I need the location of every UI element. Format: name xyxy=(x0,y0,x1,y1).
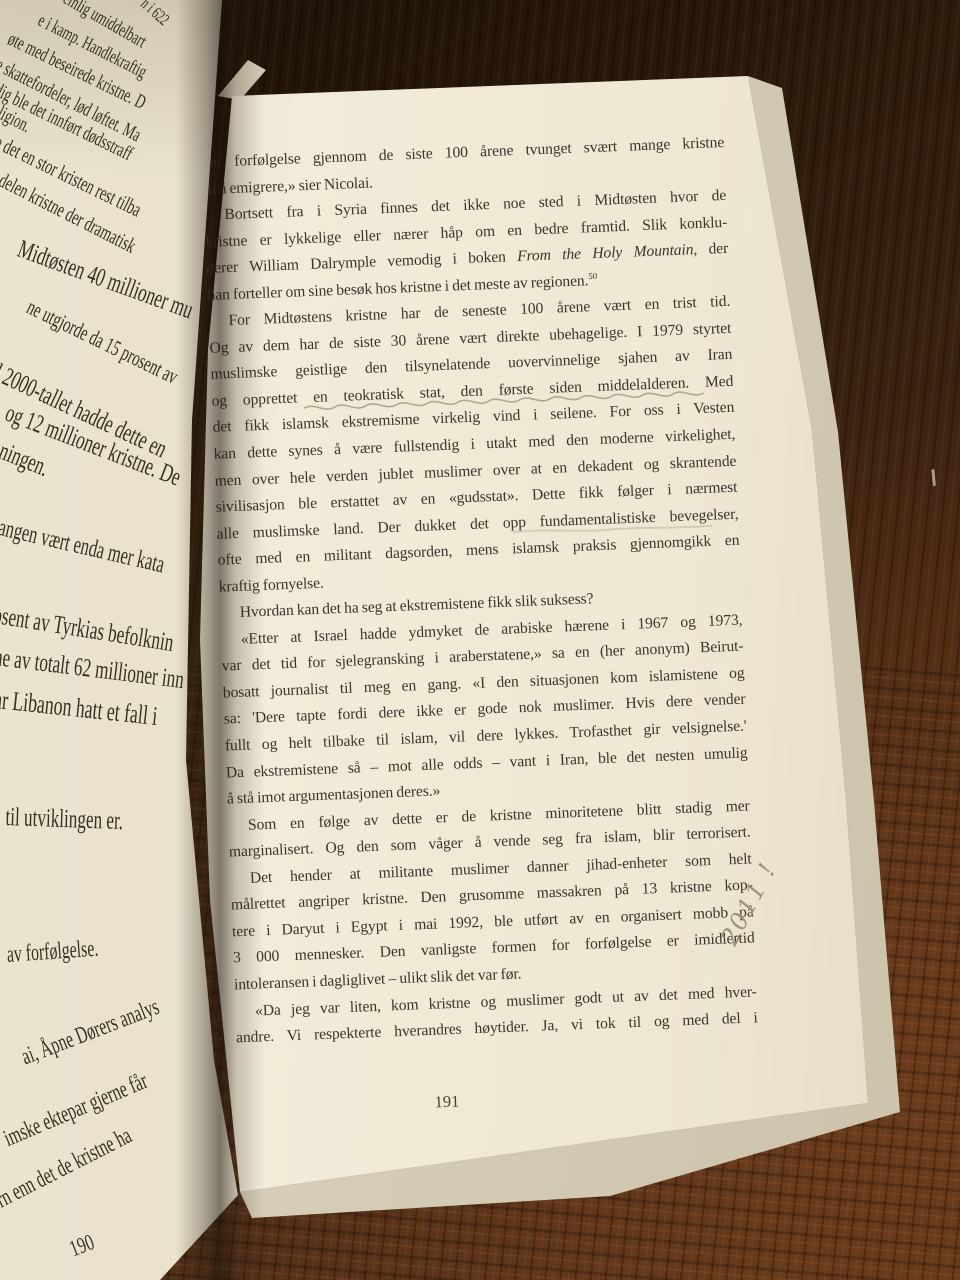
book-title-italic: From the Holy Mountain xyxy=(517,241,694,265)
left-page-text-fragment: angen vært enda mer kata xyxy=(0,514,167,579)
footnote-marker: 50 xyxy=(588,270,597,280)
left-page-text-fragment: ai, Åpne Dørers analys xyxy=(18,994,163,1071)
left-page-text-fragment: til utviklingen er. xyxy=(5,802,124,836)
left-page-text-fragment: av forfølgelse. xyxy=(6,936,99,969)
left-page-text-fragment: ar Libanon hatt et fall i xyxy=(0,684,159,732)
right-page-text-block: har forfølgelse gjennom de siste 100 åre… xyxy=(202,130,758,1052)
left-page-text-fragment: n i 622 xyxy=(137,0,174,30)
left-page-number: 190 xyxy=(66,1229,98,1262)
right-page-number: 191 xyxy=(392,1090,503,1114)
